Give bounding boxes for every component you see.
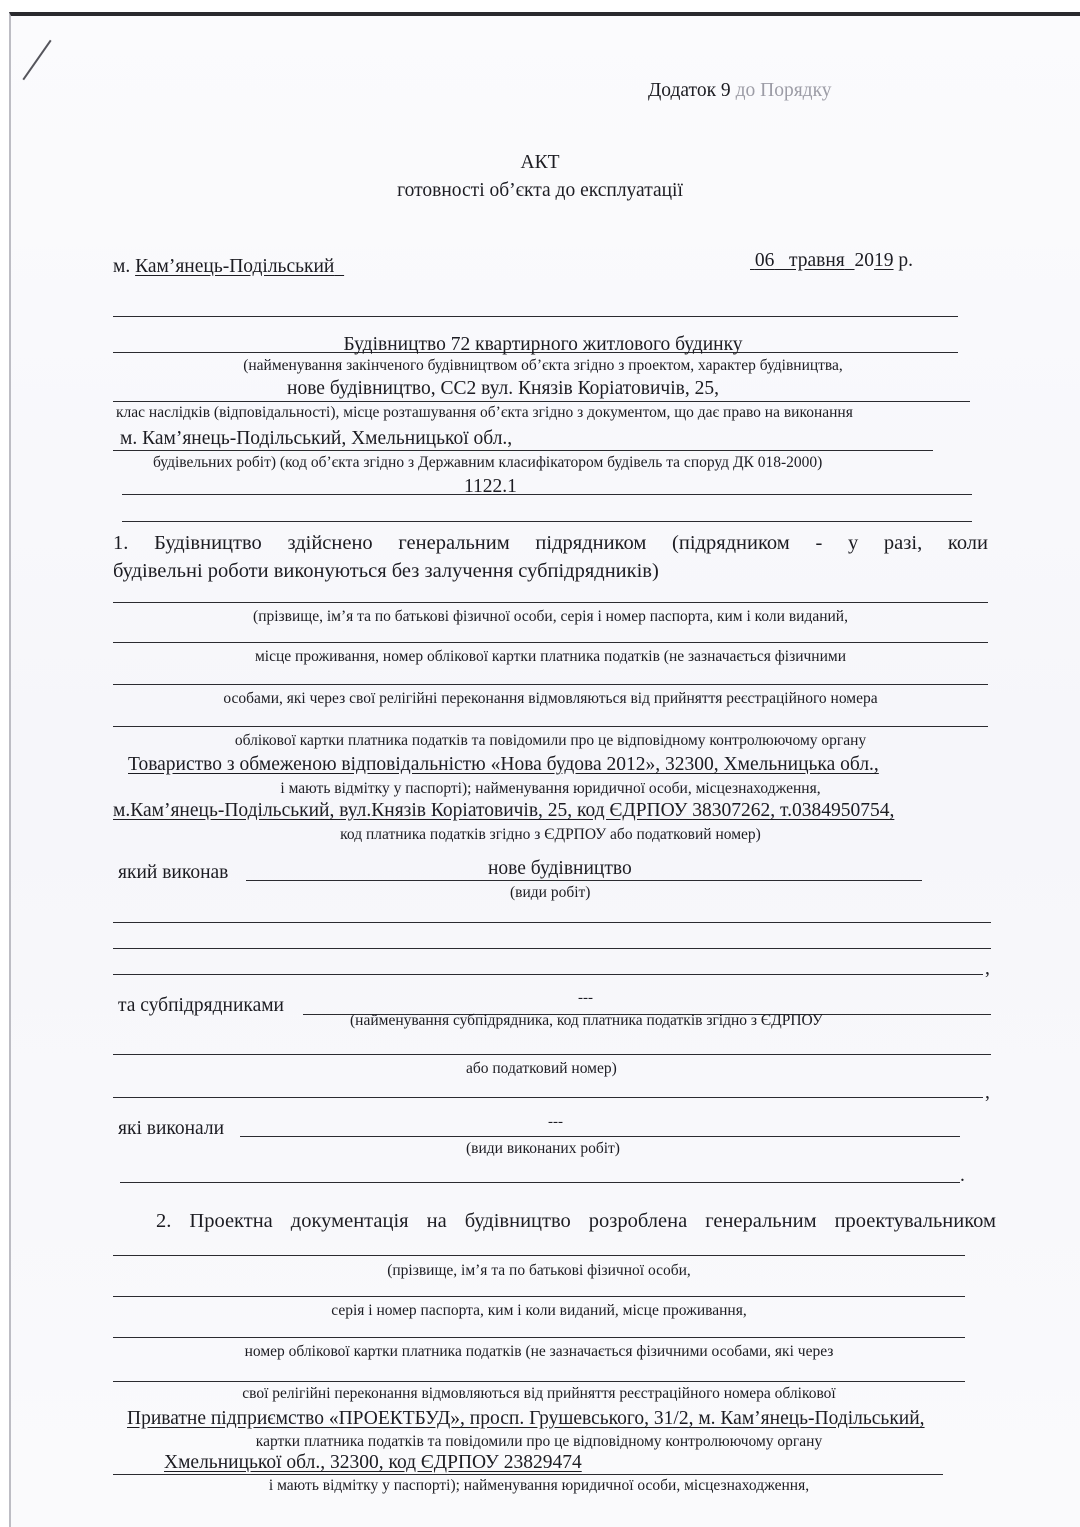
sub-performed-value: ---: [548, 1114, 563, 1131]
object-character: нове будівництво, СС2 вул. Князів Коріат…: [287, 378, 719, 399]
hint-consequence-class: клас наслідків (відповідальності), місце…: [116, 404, 853, 422]
appendix-order: до Порядку: [736, 80, 832, 101]
hint-card: картки платника податків та повідомили п…: [113, 1433, 965, 1451]
object-code: 1122.1: [464, 476, 517, 498]
city-value: Кам’янець-Подільський: [135, 256, 334, 277]
hint-works: (види робіт): [510, 884, 590, 902]
hint-person-4: облікової картки платника податків та по…: [113, 732, 988, 750]
hint-sub-works: (види виконаних робіт): [466, 1140, 620, 1158]
contractor-line-1: Товариство з обмеженою відповідальністю …: [128, 754, 879, 775]
appendix-number: Додаток 9: [648, 80, 731, 101]
hint-person-2: місце проживання, номер облікової картки…: [113, 648, 988, 666]
section2-intro: 2. Проектна документація на будівництво …: [156, 1210, 996, 1233]
contractor-line-2: м.Кам’янець-Подільський, вул.Князів Корі…: [113, 800, 894, 821]
hint-tax-number: або податковий номер): [466, 1060, 617, 1078]
date-line: 06 травня 2019 р.: [750, 250, 913, 272]
hint-classifier: будівельних робіт) (код об’єкта згідно з…: [153, 454, 822, 472]
date-year: 19: [874, 250, 894, 271]
hint-tax-code: код платника податків згідно з ЄДРПОУ аб…: [113, 826, 988, 844]
performed-value: нове будівництво: [488, 858, 632, 880]
sub-value: ---: [578, 990, 593, 1007]
doc-subtitle: готовності об’єкта до експлуатації: [0, 180, 1080, 202]
hint-person-3: особами, які через свої релігійні переко…: [113, 690, 988, 708]
designer-line-1: Приватне підприємство «ПРОЕКТБУД», просп…: [127, 1408, 925, 1429]
date-day: 06: [755, 250, 775, 271]
hint-person-1: (прізвище, ім’я та по батькові фізичної …: [113, 608, 988, 626]
hint-designer-legal: і мають відмітку у паспорті); найменуван…: [113, 1477, 965, 1495]
object-location: м. Кам’янець-Подільський, Хмельницької о…: [120, 428, 512, 450]
section1-intro-2: будівельні роботи виконуються без залуче…: [113, 560, 659, 583]
appendix-label: Додаток 9 до Порядку: [648, 80, 832, 102]
sub-performed-label: які виконали: [118, 1118, 224, 1140]
hint-subcontractor: (найменування субпідрядника, код платник…: [350, 1012, 823, 1030]
object-name: Будівництво 72 квартирного житлового буд…: [343, 334, 742, 355]
section1-intro-1: 1. Будівництво здійснено генеральним під…: [113, 532, 988, 555]
sub-label: та субпідрядниками: [118, 995, 284, 1017]
hint-designer-1: (прізвище, ім’я та по батькові фізичної …: [113, 1262, 965, 1280]
hint-object-name: (найменування закінченого будівництвом о…: [113, 357, 973, 375]
hint-designer-3: номер облікової картки платника податків…: [113, 1343, 965, 1361]
hint-legal-entity: і мають відмітку у паспорті); найменуван…: [113, 780, 988, 798]
hint-designer-2: серія і номер паспорта, ким і коли видан…: [113, 1302, 965, 1320]
date-month: травня: [789, 250, 845, 271]
city-line: м. Кам’янець-Подільський: [113, 256, 344, 278]
hint-designer-4: свої релігійні переконання відмовляються…: [113, 1385, 965, 1403]
performed-label: який виконав: [118, 862, 228, 884]
designer-line-2: Хмельницької обл., 32300, код ЄДРПОУ 238…: [164, 1452, 582, 1473]
doc-title: АКТ: [0, 152, 1080, 174]
